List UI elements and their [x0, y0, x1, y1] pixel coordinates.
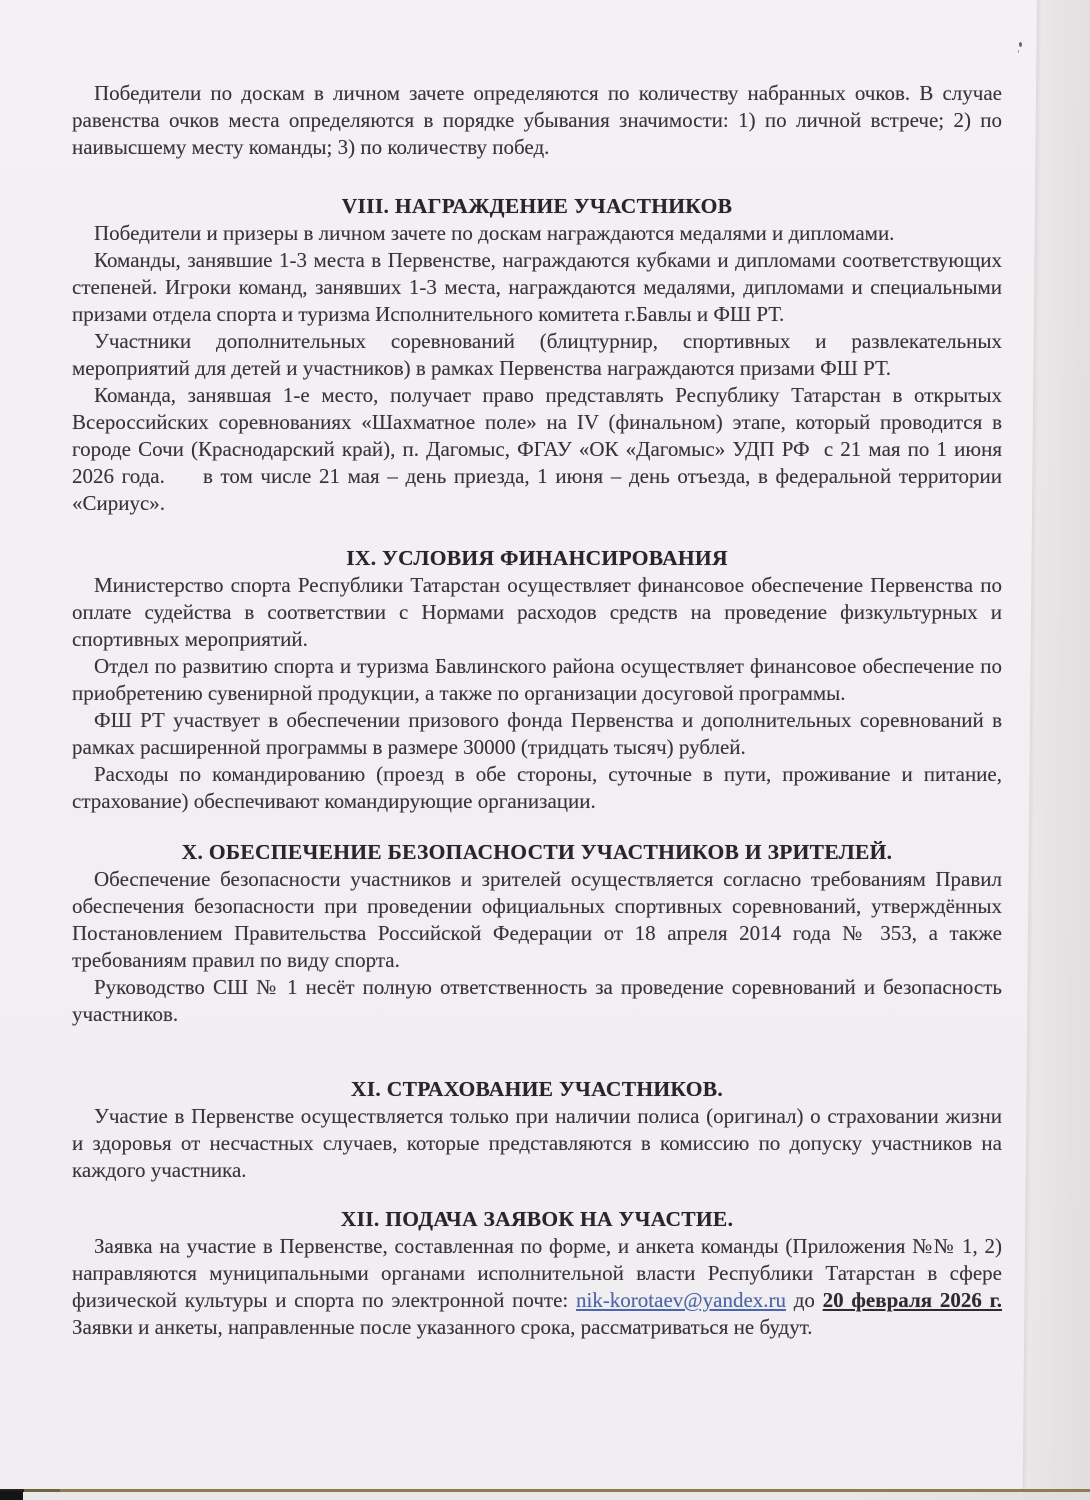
section-viii-heading: VIII. НАГРАЖДЕНИЕ УЧАСТНИКОВ: [72, 193, 1002, 220]
application-text-mid: до: [786, 1288, 823, 1312]
paragraph-financing-ministry: Министерство спорта Республики Татарстан…: [72, 572, 1002, 653]
section-xii-heading: XII. ПОДАЧА ЗАЯВОК НА УЧАСТИЕ.: [72, 1206, 1002, 1233]
document-content: Победители по доскам в личном зачете опр…: [72, 0, 1002, 1341]
paragraph-safety-responsibility: Руководство СШ № 1 несёт полную ответств…: [72, 974, 1002, 1028]
section-xi-heading: XI. СТРАХОВАНИЕ УЧАСТНИКОВ.: [72, 1076, 1002, 1103]
paragraph-awards-extra-events: Участники дополнительных соревнований (б…: [72, 328, 1002, 382]
paragraph-safety-rules: Обеспечение безопасности участников и зр…: [72, 866, 1002, 974]
paragraph-financing-prize-fund: ФШ РТ участвует в обеспечении призового …: [72, 707, 1002, 761]
section-ix-heading: IX. УСЛОВИЯ ФИНАНСИРОВАНИЯ: [72, 545, 1002, 572]
email-link[interactable]: nik-korotaev@yandex.ru: [576, 1288, 786, 1312]
paragraph-financing-district: Отдел по развитию спорта и туризма Бавли…: [72, 653, 1002, 707]
scan-bottom-strip: [0, 1492, 1090, 1500]
application-text-after: Заявки и анкеты, направленные после указ…: [72, 1315, 813, 1339]
paragraph-winner-sochi-trip: Команда, занявшая 1-е место, получает пр…: [72, 382, 1002, 517]
paragraph-tiebreak-rules: Победители по доскам в личном зачете опр…: [72, 80, 1002, 161]
paragraph-financing-travel: Расходы по командированию (проезд в обе …: [72, 761, 1002, 815]
section-x-heading: X. ОБЕСПЕЧЕНИЕ БЕЗОПАСНОСТИ УЧАСТНИКОВ И…: [72, 839, 1002, 866]
scan-bottom-left-corner: [0, 1491, 23, 1500]
paragraph-application: Заявка на участие в Первенстве, составле…: [72, 1233, 1002, 1341]
paragraph-insurance: Участие в Первенстве осуществляется толь…: [72, 1103, 1002, 1184]
application-deadline: 20 февраля 2026 г.: [823, 1288, 1002, 1312]
paragraph-awards-individual: Победители и призеры в личном зачете по …: [72, 220, 1002, 247]
scan-speck-artifact: [1019, 42, 1022, 47]
paragraph-awards-teams: Команды, занявшие 1-3 места в Первенстве…: [72, 247, 1002, 328]
